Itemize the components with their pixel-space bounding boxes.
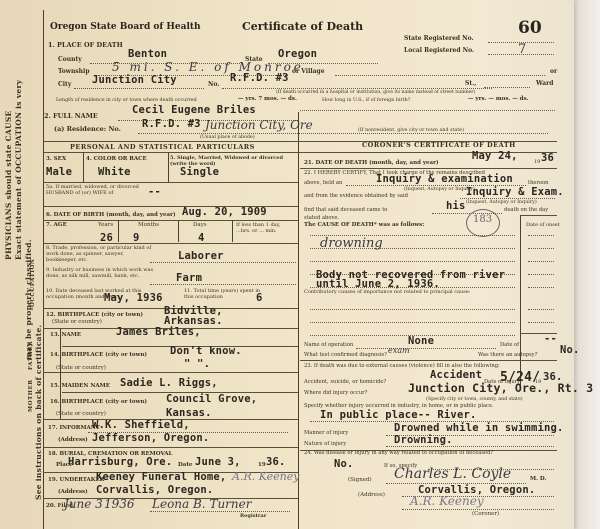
certify-held-value: Inquiry & examination: [376, 173, 513, 185]
row-line: [300, 360, 557, 361]
manner-label: Manner of injury: [304, 430, 348, 437]
state-registered-label: State Registered No.: [404, 35, 474, 42]
background-surface: [574, 0, 600, 529]
death-certificate: PHYSICIANS should state CAUSE Exact stat…: [0, 0, 574, 529]
father-birthplace-state-label: (State or country): [56, 365, 106, 372]
mother-maiden-label: 15. MAIDEN NAME: [50, 383, 110, 390]
contrib-line: [310, 322, 515, 323]
residence-label: (a) Residence: No.: [54, 126, 121, 133]
cause-handwritten: drowning: [320, 236, 383, 251]
informant-address-value: Jefferson, Oregon.: [92, 432, 209, 444]
coroner-handwritten-signature: A.R. Keeney: [410, 494, 484, 508]
sex-label: 3. SEX: [46, 156, 66, 163]
row-line: [43, 372, 298, 373]
cause-line: [310, 261, 515, 262]
divider: [232, 220, 233, 242]
margin-line-2: Exact statement of OCCUPATION is very: [14, 80, 23, 260]
registrar-line: [150, 511, 290, 512]
divider: [83, 152, 84, 182]
township-label: Township: [58, 68, 90, 75]
state-value: Oregon: [278, 48, 317, 60]
mother-birthplace-label: 16. BIRTHPLACE (city or town): [50, 399, 147, 406]
diagnosis-value: exam: [388, 346, 410, 355]
nonresident-note: (If nonresident, give city or town and s…: [358, 127, 464, 134]
undertaker-address-value: Corvallis, Oregon.: [96, 484, 213, 496]
occupation-related-value: No.: [334, 458, 354, 470]
last-worked-value: May, 1936: [104, 292, 163, 304]
birthplace-label: 12. BIRTHPLACE (city or town): [46, 312, 143, 319]
age-label: 7. AGE: [46, 222, 67, 229]
occupation-related-label: 24. Was disease or injury in any way rel…: [304, 450, 493, 457]
nature-value: Drowning.: [394, 434, 453, 446]
divider: [178, 220, 179, 242]
certify-label-2: above, held an: [304, 180, 342, 187]
inquest-note-1: (Inquest, Autopsy or Inquiry): [404, 186, 475, 193]
father-name-value: James Briles,: [116, 326, 201, 338]
undertaker-signature: A.R. Keeney: [232, 470, 299, 483]
row-line: [43, 447, 298, 448]
autopsy-value: No.: [560, 344, 580, 356]
onset-line: [528, 261, 554, 262]
onset-line: [528, 322, 554, 323]
dob-label: 6. DATE OF BIRTH (month, day, and year): [46, 212, 176, 219]
filed-year: 1936: [104, 497, 135, 511]
residence-length-label: Length of residence in city or town wher…: [56, 97, 197, 104]
coroner-label: (Coroner): [472, 511, 499, 518]
us-length-value: — yrs. — mos. — ds.: [468, 96, 529, 103]
stated-above: stated above.: [304, 215, 339, 222]
onset-line: [528, 248, 554, 249]
burial-year: 36.: [266, 456, 286, 468]
father-name-label: 13. NAME: [50, 332, 81, 339]
sex-value: Male: [46, 166, 72, 178]
coroner-section-title: CORONER'S CERTIFICATE OF DEATH: [362, 141, 516, 149]
onset-line: [528, 309, 554, 310]
spouse-label: 5a. If married, widowed, or divorced HUS…: [46, 184, 156, 196]
autopsy-label: Was there an autopsy?: [478, 352, 537, 359]
onset-top: [520, 215, 557, 216]
divider: [118, 220, 119, 242]
undertaker-address-label: (Address): [58, 489, 88, 496]
burial-place-value: Harrisburg, Ore.: [68, 456, 172, 468]
signed-label: (Signed): [348, 477, 372, 484]
nature-label: Nature of injury: [304, 441, 346, 448]
separator-line: [300, 110, 555, 111]
birthplace-state-label: (State or country): [52, 319, 102, 326]
father-birthplace-label: 14. BIRTHPLACE (city or town): [50, 352, 147, 359]
local-registered-value: 7: [518, 42, 526, 57]
dod-label: 21. DATE OF DEATH (month, day, and year): [304, 160, 439, 167]
hospital-note: (If death occurred in a hospital or inst…: [276, 89, 475, 96]
residence-length-value: — yrs. 7 mos. — ds.: [238, 96, 297, 103]
margin-line-4: See instructions on back of certificate.: [34, 325, 43, 500]
mother-side-label: MOTHER: [28, 379, 34, 412]
dod-year-prefix: 19: [534, 159, 540, 166]
local-registered-label: Local Registered No.: [404, 47, 474, 54]
occupation-side-label: OCCUPATION: [30, 258, 36, 307]
inquest-note-2: (Inquest, Autopsy or Inquiry): [466, 199, 537, 206]
file-number: 60: [518, 18, 542, 38]
nature-line: [386, 446, 554, 447]
father-birthplace-value: Don't know.: [170, 345, 242, 357]
months-label: Months: [138, 222, 159, 229]
county-label: County: [58, 56, 82, 63]
find-suffix: death on the day: [504, 207, 548, 214]
days-label: Days: [193, 222, 207, 229]
evidence-label: and from the evidence obtained by said: [304, 193, 408, 200]
st-line: [484, 87, 530, 88]
industry-value: Farm: [176, 272, 202, 284]
years-label: Years: [98, 222, 113, 229]
trade-line: [150, 262, 296, 263]
operation-date-value: --: [544, 333, 557, 345]
dob-value: Aug. 20, 1909: [182, 206, 267, 218]
city-line: [74, 88, 204, 89]
or-label: or: [550, 68, 557, 75]
no-label: No.: [208, 81, 219, 88]
find-value: his: [446, 200, 466, 212]
where-value: Junction City, Ore., Rt. 3: [408, 381, 593, 395]
father-side-label: FATHER: [28, 341, 34, 370]
certificate-title: Certificate of Death: [242, 20, 363, 33]
dod-value: May 24,: [472, 150, 518, 162]
find-label: find that said deceased came to: [304, 207, 387, 214]
board-name: Oregon State Board of Health: [50, 22, 201, 32]
margin-line-1: PHYSICIANS should state CAUSE: [4, 110, 13, 260]
coroner-signature-md: Charles L. Coyle: [394, 466, 511, 482]
st-label: St.,: [465, 80, 476, 87]
total-time-value: 6: [256, 292, 263, 304]
informant-address-label: (Address): [58, 437, 88, 444]
row-line: [300, 168, 557, 169]
registrar-label: Registrar: [240, 513, 266, 520]
onset-line: [528, 235, 554, 236]
coroner-line: [402, 509, 554, 510]
contrib-line: [310, 309, 515, 310]
no-value: R.F.D. #3: [230, 72, 289, 84]
mother-maiden-value: Sadie L. Riggs,: [120, 377, 218, 389]
contributory-label: Contributory causes of importance not re…: [304, 289, 470, 296]
diagnosis-label: What test confirmed diagnosis?: [304, 352, 387, 359]
marital-value: Single: [180, 166, 219, 178]
trade-label: 8. Trade, profession, or particular kind…: [46, 245, 156, 263]
undertaker-value: Keeney Funeral Home,: [96, 471, 226, 483]
residence-value: R.F.D. #3: [142, 118, 201, 130]
external-label: 23. If death was due to external causes …: [304, 363, 554, 369]
divider: [60, 328, 61, 419]
spouse-value: --: [148, 186, 161, 198]
md-label: M. D.: [530, 476, 546, 483]
city-label: City: [58, 81, 71, 88]
cause-label: The CAUSE OF DEATH* was as follows:: [304, 222, 424, 229]
residence-handwritten: Junction City, Ore: [205, 118, 313, 132]
ward-label: Ward: [536, 80, 553, 87]
county-value: Benton: [128, 48, 167, 60]
divider: [168, 152, 169, 182]
mother-birthplace-state-label: (State or country): [56, 411, 106, 418]
personal-section-title: PERSONAL AND STATISTICAL PARTICULARS: [70, 143, 255, 151]
father-birthplace-state-value: " ".: [184, 358, 210, 370]
filed-date: June 3: [64, 497, 103, 511]
accident-label: Accident, suicide, or homicide?: [304, 379, 386, 386]
operation-label: Name of operation: [304, 342, 353, 349]
row-line: [43, 182, 298, 183]
place-of-death-label: 1. PLACE OF DEATH: [48, 42, 123, 49]
race-value: White: [98, 166, 131, 178]
accident-value: Accident: [430, 369, 482, 381]
mother-birthplace-state-value: Kansas.: [166, 407, 212, 419]
city-value: Junction City: [92, 74, 177, 86]
us-length-label: How long in U.S., if of foreign birth?: [322, 97, 410, 104]
informant-value: W.K. Sheffield,: [92, 419, 190, 431]
industry-line: [150, 284, 296, 285]
operation-date-label: Date of: [500, 342, 519, 349]
operation-line: [356, 348, 496, 349]
registrar-signature: Leona B. Turner: [152, 497, 251, 511]
race-label: 4. COLOR OR RACE: [86, 156, 147, 163]
where-label: Where did injury occur?: [304, 390, 367, 397]
where-note: (Specify city or town, county, and state…: [426, 396, 523, 403]
row-line: [43, 243, 298, 244]
onset-line: [528, 274, 554, 275]
or-village-label: or Village: [292, 68, 325, 75]
left-border: [43, 10, 44, 529]
manner-value: Drowned while in swimming.: [394, 422, 564, 434]
row-line: [43, 220, 298, 221]
less-than-day-label: If less than 1 day, ...hrs. or ... min.: [236, 222, 292, 234]
operation-value: None: [408, 335, 434, 347]
evidence-value: Inquiry & Exam.: [466, 186, 564, 198]
full-name-value: Cecil Eugene Briles: [132, 104, 256, 116]
burial-date-label: Date: [178, 462, 192, 469]
village-line: [335, 75, 545, 76]
address-label: (Address): [358, 492, 385, 499]
mother-birthplace-value: Council Grove,: [166, 393, 257, 405]
onset-line: [528, 287, 554, 288]
burial-date-value: June 3,: [195, 456, 241, 468]
burial-year-prefix: 19: [258, 462, 266, 469]
circled-code-value: 183: [473, 214, 492, 225]
onset-divider: [520, 215, 521, 333]
center-divider: [298, 112, 299, 529]
full-name-label: 2. FULL NAME: [44, 113, 98, 120]
total-time-label: 11. Total time (years) spent in this occ…: [184, 288, 264, 300]
date-of-onset-label: Date of onset: [526, 222, 560, 229]
usual-abode-note: (Usual place of abode): [200, 134, 255, 141]
specify-value: In public place-- River.: [320, 409, 477, 421]
trade-value: Laborer: [178, 250, 224, 262]
dod-year: 36: [541, 152, 554, 164]
industry-label: 9. Industry or business in which work wa…: [46, 267, 156, 279]
